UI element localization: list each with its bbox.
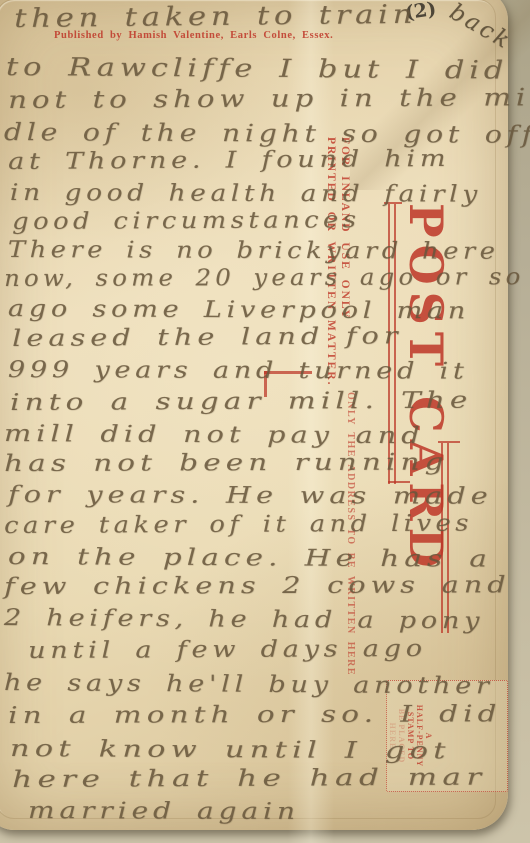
handwriting-line: in good health and fairly [10, 180, 482, 208]
handwriting-line: mill did not pay and [4, 421, 425, 449]
handwriting-line: There is no brickyard here [8, 237, 500, 265]
handwriting-line: not to show up in the mid [8, 83, 530, 114]
handwriting-line: now, some 20 years ago or so [4, 264, 525, 292]
handwriting-line: at Thorne. I found him [8, 146, 450, 175]
handwriting-line: good circumstances [12, 207, 361, 235]
handwriting-line: dle of the night so got off [4, 118, 530, 149]
handwriting-line: 999 years and turned it [8, 357, 469, 385]
handwriting-line: 2 heifers, he had a pony [4, 605, 484, 634]
handwriting-line: has not been running [4, 449, 449, 477]
handwriting-line: here that he had mar [12, 765, 487, 793]
handwriting-line: until a few days ago [28, 636, 427, 664]
handwriting-line: not know until I got [10, 736, 451, 764]
scanner-background: { "postcard": { "publisher_line": "Publi… [0, 0, 530, 843]
handwriting-line: leased the land for [12, 323, 403, 352]
handwriting-line: on the place. He has a [8, 544, 492, 573]
handwriting-line: for years. He was made [8, 482, 493, 510]
handwriting-line: ago some Liverpool man [8, 296, 470, 324]
handwriting-line: in a month or so. I did [8, 701, 502, 729]
handwriting-line: care taker of it and lives [4, 511, 473, 539]
handwriting-line: few chickens 2 cows and [4, 572, 511, 600]
handwriting-line: into a sugar mill. The [10, 388, 472, 416]
handwriting-line: married again [28, 798, 300, 825]
handwriting-line: to Rawcliffe I but I did [6, 52, 509, 85]
handwriting-line: he says he'll buy another [4, 670, 494, 699]
handwriting-line: then taken to train [14, 0, 417, 34]
